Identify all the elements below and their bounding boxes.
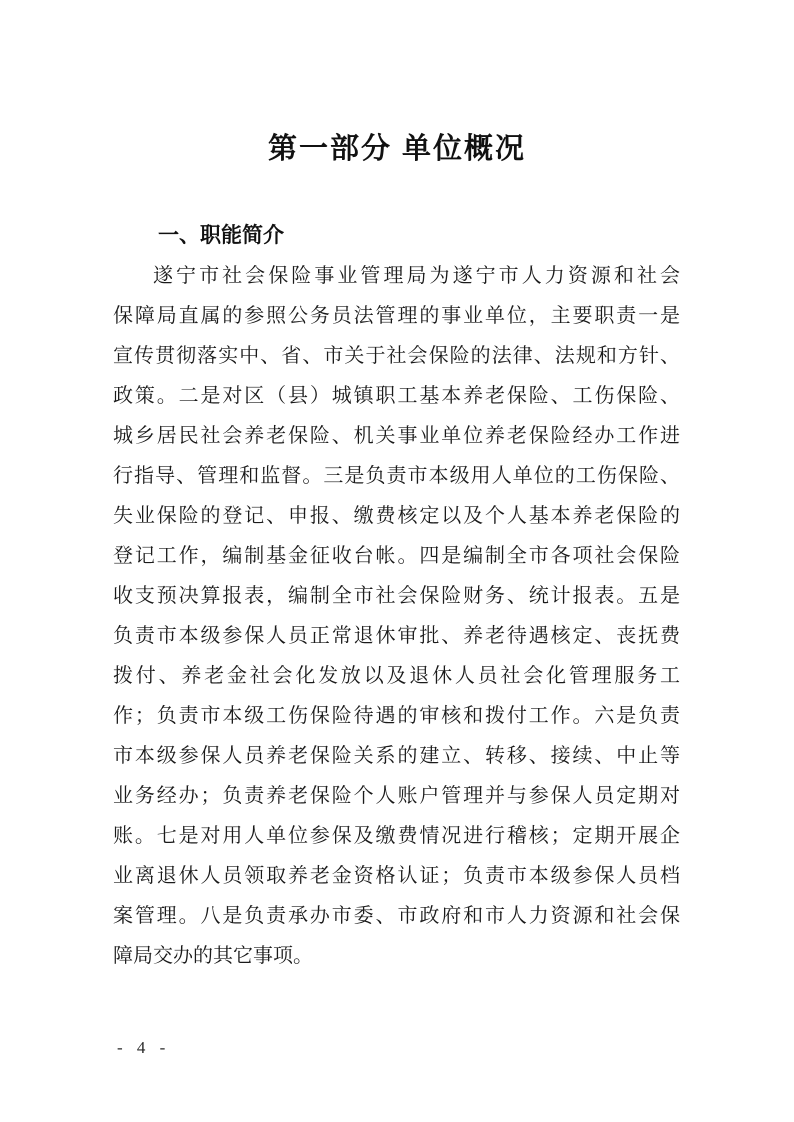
paragraph-line: 市本级参保人员养老保险关系的建立、转移、接续、中止等 bbox=[113, 736, 680, 776]
paragraph-line: 拨付、养老金社会化发放以及退休人员社会化管理服务工 bbox=[113, 656, 680, 696]
paragraph-line: 登记工作，编制基金征收台帐。四是编制全市各项社会保险 bbox=[113, 536, 680, 576]
paragraph-line: 负责市本级参保人员正常退休审批、养老待遇核定、丧抚费 bbox=[113, 616, 680, 656]
paragraph-line: 业离退休人员领取养老金资格认证；负责市本级参保人员档 bbox=[113, 856, 680, 896]
paragraph-line: 保障局直属的参照公务员法管理的事业单位，主要职责一是 bbox=[113, 296, 680, 336]
paragraph-line: 政策。二是对区（县）城镇职工基本养老保险、工伤保险、 bbox=[113, 376, 680, 416]
paragraph-line: 作；负责市本级工伤保险待遇的审核和拨付工作。六是负责 bbox=[113, 696, 680, 736]
paragraph-line: 城乡居民社会养老保险、机关事业单位养老保险经办工作进 bbox=[113, 416, 680, 456]
paragraph-line: 遂宁市社会保险事业管理局为遂宁市人力资源和社会 bbox=[113, 256, 680, 296]
paragraph-line: 收支预决算报表，编制全市社会保险财务、统计报表。五是 bbox=[113, 576, 680, 616]
document-page: 第一部分 单位概况 一、职能简介 遂宁市社会保险事业管理局为遂宁市人力资源和社会… bbox=[0, 0, 794, 1122]
paragraph-line: 账。七是对用人单位参保及缴费情况进行稽核；定期开展企 bbox=[113, 816, 680, 856]
paragraph-line: 障局交办的其它事项。 bbox=[113, 936, 680, 976]
body-paragraph: 遂宁市社会保险事业管理局为遂宁市人力资源和社会保障局直属的参照公务员法管理的事业… bbox=[113, 256, 680, 976]
page-title: 第一部分 单位概况 bbox=[0, 131, 794, 167]
paragraph-line: 宣传贯彻落实中、省、市关于社会保险的法律、法规和方针、 bbox=[113, 336, 680, 376]
section-heading: 一、职能简介 bbox=[158, 222, 284, 249]
page-number: - 4 - bbox=[117, 1038, 170, 1058]
paragraph-line: 案管理。八是负责承办市委、市政府和市人力资源和社会保 bbox=[113, 896, 680, 936]
paragraph-line: 失业保险的登记、申报、缴费核定以及个人基本养老保险的 bbox=[113, 496, 680, 536]
paragraph-line: 业务经办；负责养老保险个人账户管理并与参保人员定期对 bbox=[113, 776, 680, 816]
paragraph-line: 行指导、管理和监督。三是负责市本级用人单位的工伤保险、 bbox=[113, 456, 680, 496]
